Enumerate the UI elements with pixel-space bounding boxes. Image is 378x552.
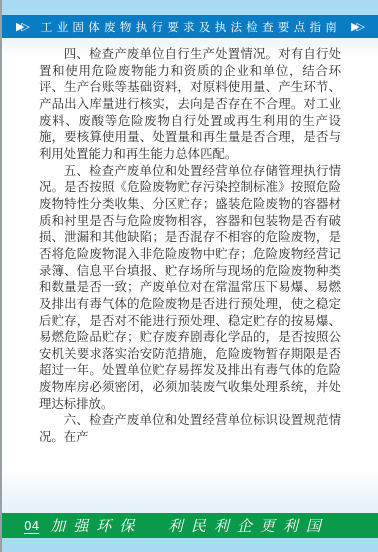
footer-slogan: 加强环保 利民利企更利国 [50, 515, 329, 536]
paragraph-self-disposal: 四、检查产废单位自行生产处置情况。对有自行处置和使用危险废物能力和资质的企业和单… [39, 46, 341, 163]
page-number: 04 [24, 519, 39, 533]
page-edge-divider [0, 0, 2, 552]
double-chevron-right-icon: ▶▷ [351, 20, 362, 33]
footer-band: 04 加强环保 利民利企更利国 [0, 513, 378, 538]
paragraph-storage-management: 五、检查产废单位和处置经营单位存储管理执行情况。是否按照《危险废物贮存污染控制标… [39, 163, 341, 413]
double-chevron-right-icon: ▶▷ [16, 20, 27, 33]
body-text: 四、检查产废单位自行生产处置情况。对有自行处置和使用危险废物能力和资质的企业和单… [39, 46, 341, 446]
page-title: 工业固体废物执行要求及执法检查要点指南 [41, 19, 341, 35]
header-band: ▶▷ 工业固体废物执行要求及执法检查要点指南 ▶▷ [0, 15, 378, 38]
document-page: ▶▷ 工业固体废物执行要求及执法检查要点指南 ▶▷ 四、检查产废单位自行生产处置… [0, 0, 378, 552]
paragraph-labeling: 六、检查产废单位和处置经营单位标识设置规范情况。在产 [39, 412, 341, 445]
